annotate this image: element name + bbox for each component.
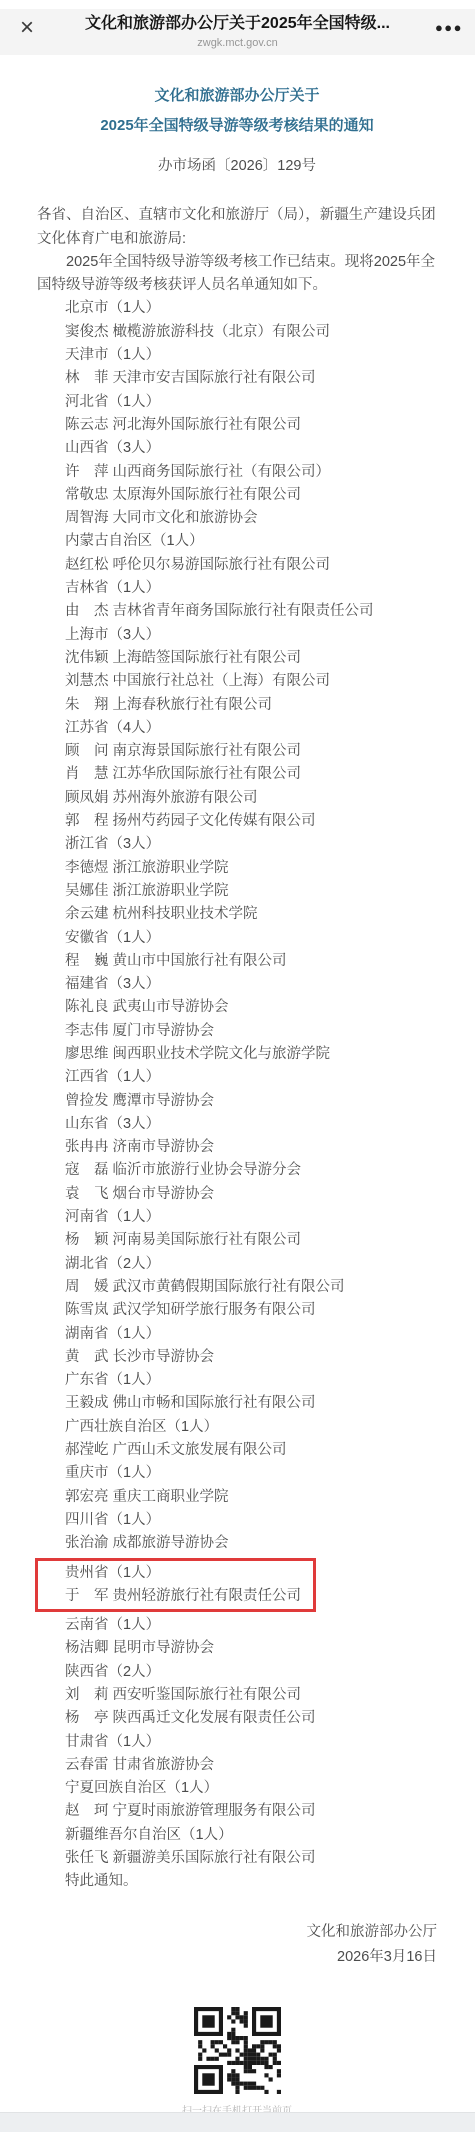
list-item: 王毅成 佛山市畅和国际旅行社有限公司	[65, 1392, 437, 1415]
list-item: 窦俊杰 橄榄游旅游科技（北京）有限公司	[65, 321, 437, 344]
entry-text: 陈礼良 武夷山市导游协会	[65, 999, 229, 1015]
entry-text: 张冉冉 济南市导游协会	[65, 1139, 214, 1155]
entries-list: 北京市（1人） 窦俊杰 橄榄游旅游科技（北京）有限公司 天津市（1人） 林 菲 …	[37, 297, 437, 1870]
entry-text: 窦俊杰 橄榄游旅游科技（北京）有限公司	[65, 324, 330, 340]
list-item: 顾凤娟 苏州海外旅游有限公司	[65, 787, 437, 810]
close-icon: ×	[20, 14, 34, 41]
entry-text: 宁夏回族自治区（1人）	[65, 1780, 218, 1796]
list-item: 林 菲 天津市安吉国际旅行社有限公司	[65, 367, 437, 390]
entry-text: 贵州省（1人）	[65, 1565, 160, 1581]
entry-text: 内蒙古自治区（1人）	[65, 533, 204, 549]
list-item: 郭宏亮 重庆工商职业学院	[65, 1486, 437, 1509]
entry-text: 张任飞 新疆游美乐国际旅行社有限公司	[65, 1850, 316, 1866]
entry-text: 郭宏亮 重庆工商职业学院	[65, 1489, 229, 1505]
list-item: 贵州省（1人）	[35, 1558, 316, 1585]
list-item: 广东省（1人）	[65, 1369, 437, 1392]
list-item: 吴娜佳 浙江旅游职业学院	[65, 880, 437, 903]
list-item: 顾 问 南京海景国际旅行社有限公司	[65, 740, 437, 763]
entry-text: 袁 飞 烟台市导游协会	[65, 1186, 214, 1202]
list-item: 寇 磊 临沂市旅游行业协会导游分会	[65, 1159, 437, 1182]
list-item: 朱 翔 上海春秋旅行社有限公司	[65, 694, 437, 717]
entry-text: 廖思维 闽西职业技术学院文化与旅游学院	[65, 1046, 330, 1062]
entry-text: 甘肃省（1人）	[65, 1734, 160, 1750]
entry-text: 浙江省（3人）	[65, 836, 160, 852]
list-item: 刘慧杰 中国旅行社总社（上海）有限公司	[65, 670, 437, 693]
entry-text: 湖南省（1人）	[65, 1326, 160, 1342]
bottom-bar	[0, 2112, 475, 2132]
qr-block: 扫一扫在手机打开当前页	[37, 2007, 437, 2119]
entry-text: 黄 武 长沙市导游协会	[65, 1349, 214, 1365]
list-item: 湖北省（2人）	[65, 1253, 437, 1276]
list-item: 余云建 杭州科技职业技术学院	[65, 903, 437, 926]
list-item: 陈雪岚 武汉学知研学旅行服务有限公司	[65, 1299, 437, 1322]
entry-text: 肖 慧 江苏华欣国际旅行社有限公司	[65, 766, 301, 782]
entry-text: 曾捡发 鹰潭市导游协会	[65, 1093, 214, 1109]
entry-text: 北京市（1人）	[65, 300, 160, 316]
status-bar	[0, 0, 475, 9]
list-item: 张任飞 新疆游美乐国际旅行社有限公司	[65, 1847, 437, 1870]
entry-text: 四川省（1人）	[65, 1512, 160, 1528]
list-item: 天津市（1人）	[65, 344, 437, 367]
entry-text: 顾凤娟 苏州海外旅游有限公司	[65, 790, 258, 806]
list-item: 刘 莉 西安听鉴国际旅行社有限公司	[65, 1684, 437, 1707]
list-item: 肖 慧 江苏华欣国际旅行社有限公司	[65, 763, 437, 786]
entry-text: 陈云志 河北海外国际旅行社有限公司	[65, 417, 301, 433]
closing-text: 特此通知。	[65, 1870, 437, 1893]
qr-code	[194, 2007, 281, 2094]
list-item: 杨 亭 陕西禹迁文化发展有限责任公司	[65, 1707, 437, 1730]
list-item: 山西省（3人）	[65, 437, 437, 460]
list-item: 赵红松 呼伦贝尔易游国际旅行社有限公司	[65, 554, 437, 577]
entry-text: 广西壮族自治区（1人）	[65, 1419, 218, 1435]
list-item: 郭 程 扬州芍药园子文化传媒有限公司	[65, 810, 437, 833]
entry-text: 许 萍 山西商务国际旅行社（有限公司）	[65, 464, 330, 480]
list-item: 陈云志 河北海外国际旅行社有限公司	[65, 414, 437, 437]
list-item: 福建省（3人）	[65, 973, 437, 996]
entry-text: 上海市（3人）	[65, 627, 160, 643]
list-item: 由 杰 吉林省青年商务国际旅行社有限责任公司	[65, 600, 437, 623]
list-item: 常敬忠 太原海外国际旅行社有限公司	[65, 484, 437, 507]
list-item: 山东省（3人）	[65, 1113, 437, 1136]
list-item: 廖思维 闽西职业技术学院文化与旅游学院	[65, 1043, 437, 1066]
page-title: 文化和旅游部办公厅关于2025年全国特级...	[85, 14, 390, 34]
entry-text: 云春雷 甘肃省旅游协会	[65, 1757, 214, 1773]
list-item: 张冉冉 济南市导游协会	[65, 1136, 437, 1159]
list-item: 新疆维吾尔自治区（1人）	[65, 1824, 437, 1847]
signature-block: 文化和旅游部办公厅 2026年3月16日	[37, 1920, 437, 1969]
list-item: 陕西省（2人）	[65, 1661, 437, 1684]
more-icon: ●●●	[435, 20, 463, 35]
list-item: 赵 珂 宁夏时雨旅游管理服务有限公司	[65, 1800, 437, 1823]
entry-text: 杨 亭 陕西禹迁文化发展有限责任公司	[65, 1710, 316, 1726]
entry-text: 顾 问 南京海景国际旅行社有限公司	[65, 743, 301, 759]
entry-text: 广东省（1人）	[65, 1372, 160, 1388]
list-item: 程 巍 黄山市中国旅行社有限公司	[65, 950, 437, 973]
document-title-line2: 2025年全国特级导游等级考核结果的通知	[37, 111, 437, 141]
list-item: 黄 武 长沙市导游协会	[65, 1346, 437, 1369]
entry-text: 常敬忠 太原海外国际旅行社有限公司	[65, 487, 301, 503]
salutation-text: 各省、自治区、直辖市文化和旅游厅（局），新疆生产建设兵团文化体育广电和旅游局:	[37, 204, 437, 251]
entry-text: 李德煜 浙江旅游职业学院	[65, 860, 229, 876]
document: 文化和旅游部办公厅关于 2025年全国特级导游等级考核结果的通知 办市场函〔20…	[0, 81, 475, 2119]
list-item: 河南省（1人）	[65, 1206, 437, 1229]
list-item: 陈礼良 武夷山市导游协会	[65, 996, 437, 1019]
signature-date: 2026年3月16日	[37, 1945, 437, 1969]
list-item: 湖南省（1人）	[65, 1323, 437, 1346]
entry-text: 重庆市（1人）	[65, 1465, 160, 1481]
entry-text: 刘慧杰 中国旅行社总社（上海）有限公司	[65, 673, 330, 689]
entry-text: 郭 程 扬州芍药园子文化传媒有限公司	[65, 813, 316, 829]
list-item: 周 媛 武汉市黄鹤假期国际旅行社有限公司	[65, 1276, 437, 1299]
entry-text: 河北省（1人）	[65, 394, 160, 410]
entry-text: 寇 磊 临沂市旅游行业协会导游分会	[65, 1162, 301, 1178]
list-item: 广西壮族自治区（1人）	[65, 1416, 437, 1439]
list-item: 吉林省（1人）	[65, 577, 437, 600]
entry-text: 郝滢屹 广西山禾文旅发展有限公司	[65, 1442, 287, 1458]
entry-text: 周 媛 武汉市黄鹤假期国际旅行社有限公司	[65, 1279, 345, 1295]
list-item: 许 萍 山西商务国际旅行社（有限公司）	[65, 461, 437, 484]
page: × 文化和旅游部办公厅关于2025年全国特级... zwgk.mct.gov.c…	[0, 0, 475, 2132]
entry-text: 程 巍 黄山市中国旅行社有限公司	[65, 953, 287, 969]
entry-text: 杨 颖 河南易美国际旅行社有限公司	[65, 1232, 301, 1248]
list-item: 重庆市（1人）	[65, 1462, 437, 1485]
list-item: 曾捡发 鹰潭市导游协会	[65, 1090, 437, 1113]
entry-text: 云南省（1人）	[65, 1617, 160, 1633]
list-item: 安徽省（1人）	[65, 927, 437, 950]
list-item: 内蒙古自治区（1人）	[65, 530, 437, 553]
entry-text: 山西省（3人）	[65, 440, 160, 456]
entry-text: 林 菲 天津市安吉国际旅行社有限公司	[65, 370, 316, 386]
list-item: 袁 飞 烟台市导游协会	[65, 1183, 437, 1206]
list-item: 杨 颖 河南易美国际旅行社有限公司	[65, 1229, 437, 1252]
entry-text: 江西省（1人）	[65, 1069, 160, 1085]
entry-text: 陕西省（2人）	[65, 1664, 160, 1680]
entry-text: 吉林省（1人）	[65, 580, 160, 596]
entry-text: 山东省（3人）	[65, 1116, 160, 1132]
browser-header: × 文化和旅游部办公厅关于2025年全国特级... zwgk.mct.gov.c…	[0, 9, 475, 55]
list-item: 周智海 大同市文化和旅游协会	[65, 507, 437, 530]
entry-text: 吴娜佳 浙江旅游职业学院	[65, 883, 229, 899]
entry-text: 新疆维吾尔自治区（1人）	[65, 1827, 233, 1843]
entry-text: 朱 翔 上海春秋旅行社有限公司	[65, 697, 272, 713]
entry-text: 周智海 大同市文化和旅游协会	[65, 510, 258, 526]
entry-text: 天津市（1人）	[65, 347, 160, 363]
entry-text: 湖北省（2人）	[65, 1256, 160, 1272]
entry-text: 安徽省（1人）	[65, 930, 160, 946]
close-button[interactable]: ×	[10, 11, 44, 45]
list-item: 河北省（1人）	[65, 391, 437, 414]
document-title: 文化和旅游部办公厅关于 2025年全国特级导游等级考核结果的通知	[37, 81, 437, 141]
list-item: 于 军 贵州轻游旅行社有限责任公司	[35, 1585, 316, 1612]
list-item: 云南省（1人）	[65, 1614, 437, 1637]
entry-text: 李志伟 厦门市导游协会	[65, 1023, 214, 1039]
list-item: 四川省（1人）	[65, 1509, 437, 1532]
page-url: zwgk.mct.gov.cn	[197, 36, 278, 50]
list-item: 郝滢屹 广西山禾文旅发展有限公司	[65, 1439, 437, 1462]
list-item: 沈伟颖 上海皓签国际旅行社有限公司	[65, 647, 437, 670]
list-item: 江西省（1人）	[65, 1066, 437, 1089]
entry-text: 福建省（3人）	[65, 976, 160, 992]
list-item: 李志伟 厦门市导游协会	[65, 1020, 437, 1043]
entry-text: 陈雪岚 武汉学知研学旅行服务有限公司	[65, 1302, 316, 1318]
entry-text: 张治渝 成都旅游导游协会	[65, 1535, 229, 1551]
entry-text: 王毅成 佛山市畅和国际旅行社有限公司	[65, 1395, 316, 1411]
list-item: 江苏省（4人）	[65, 717, 437, 740]
signature-org: 文化和旅游部办公厅	[37, 1920, 437, 1944]
entry-text: 刘 莉 西安听鉴国际旅行社有限公司	[65, 1687, 301, 1703]
document-number: 办市场函〔2026〕129号	[37, 155, 437, 178]
entry-text: 河南省（1人）	[65, 1209, 160, 1225]
list-item: 张治渝 成都旅游导游协会	[65, 1532, 437, 1555]
list-item: 云春雷 甘肃省旅游协会	[65, 1754, 437, 1777]
entry-text: 于 军 贵州轻游旅行社有限责任公司	[65, 1588, 301, 1604]
list-item: 北京市（1人）	[65, 297, 437, 320]
entry-text: 沈伟颖 上海皓签国际旅行社有限公司	[65, 650, 301, 666]
list-item: 李德煜 浙江旅游职业学院	[65, 857, 437, 880]
more-button[interactable]: ●●●	[435, 13, 463, 43]
entry-text: 江苏省（4人）	[65, 720, 160, 736]
entry-text: 赵红松 呼伦贝尔易游国际旅行社有限公司	[65, 557, 330, 573]
entry-text: 赵 珂 宁夏时雨旅游管理服务有限公司	[65, 1803, 316, 1819]
list-item: 甘肃省（1人）	[65, 1731, 437, 1754]
list-item: 杨洁卿 昆明市导游协会	[65, 1637, 437, 1660]
entry-text: 余云建 杭州科技职业技术学院	[65, 906, 258, 922]
entry-text: 杨洁卿 昆明市导游协会	[65, 1640, 214, 1656]
entry-text: 由 杰 吉林省青年商务国际旅行社有限责任公司	[65, 603, 374, 619]
list-item: 上海市（3人）	[65, 624, 437, 647]
list-item: 浙江省（3人）	[65, 833, 437, 856]
document-title-line1: 文化和旅游部办公厅关于	[37, 81, 437, 111]
list-item: 宁夏回族自治区（1人）	[65, 1777, 437, 1800]
intro-paragraph: 2025年全国特级导游等级考核工作已结束。现将2025年全国特级导游等级考核获评…	[37, 251, 437, 298]
